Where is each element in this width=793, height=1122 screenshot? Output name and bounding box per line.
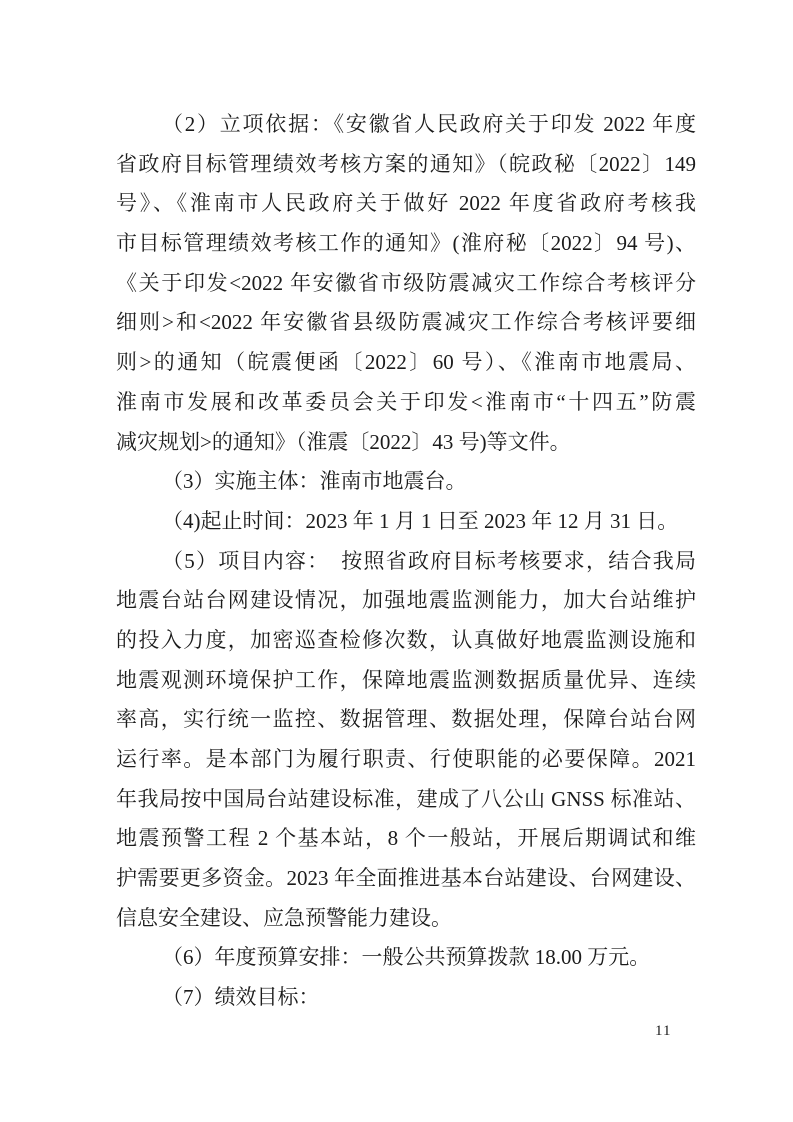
text-line: （4)起止时间：2023 年 1 月 1 日至 2023 年 12 月 31 日…	[116, 502, 696, 542]
text-line: （3）实施主体：淮南市地震台。	[116, 462, 696, 502]
text-line: （5）项目内容： 按照省政府目标考核要求，结合我局	[116, 542, 696, 582]
text-line: 信息安全建设、应急预警能力建设。	[116, 899, 696, 939]
text-line: 的投入力度，加密巡查检修次数，认真做好地震监测设施和	[116, 621, 696, 661]
document-page: （2）立项依据：《安徽省人民政府关于印发 2022 年度省政府目标管理绩效考核方…	[0, 0, 793, 1122]
text-line: 地震台站台网建设情况，加强地震监测能力，加大台站维护	[116, 581, 696, 621]
text-line: 细则>和<2022 年安徽省县级防震减灾工作综合考核评要细	[116, 303, 696, 343]
text-line: 年我局按中国局台站建设标准，建成了八公山 GNSS 标准站、	[116, 780, 696, 820]
text-line: （7）绩效目标：	[116, 978, 696, 1018]
text-line: 减灾规划>的通知》（淮震〔2022〕43 号)等文件。	[116, 423, 696, 463]
text-line: 《关于印发<2022 年安徽省市级防震减灾工作综合考核评分	[116, 264, 696, 304]
page-number: 11	[655, 1023, 671, 1040]
text-line: （6）年度预算安排：一般公共预算拨款 18.00 万元。	[116, 938, 696, 978]
text-line: 地震预警工程 2 个基本站，8 个一般站，开展后期调试和维	[116, 819, 696, 859]
text-line: 淮南市发展和改革委员会关于印发<淮南市“十四五”防震	[116, 383, 696, 423]
text-line: （2）立项依据：《安徽省人民政府关于印发 2022 年度	[116, 105, 696, 145]
text-line: 护需要更多资金。2023 年全面推进基本台站建设、台网建设、	[116, 859, 696, 899]
text-line: 率高，实行统一监控、数据管理、数据处理，保障台站台网	[116, 700, 696, 740]
document-body: （2）立项依据：《安徽省人民政府关于印发 2022 年度省政府目标管理绩效考核方…	[116, 105, 696, 1018]
text-line: 号》、《淮南市人民政府关于做好 2022 年度省政府考核我	[116, 184, 696, 224]
text-line: 运行率。是本部门为履行职责、行使职能的必要保障。2021	[116, 740, 696, 780]
text-line: 则>的通知（皖震便函〔2022〕60 号）、《淮南市地震局、	[116, 343, 696, 383]
text-line: 省政府目标管理绩效考核方案的通知》（皖政秘〔2022〕149	[116, 145, 696, 185]
text-line: 地震观测环境保护工作，保障地震监测数据质量优异、连续	[116, 661, 696, 701]
text-line: 市目标管理绩效考核工作的通知》(淮府秘〔2022〕94 号)、	[116, 224, 696, 264]
